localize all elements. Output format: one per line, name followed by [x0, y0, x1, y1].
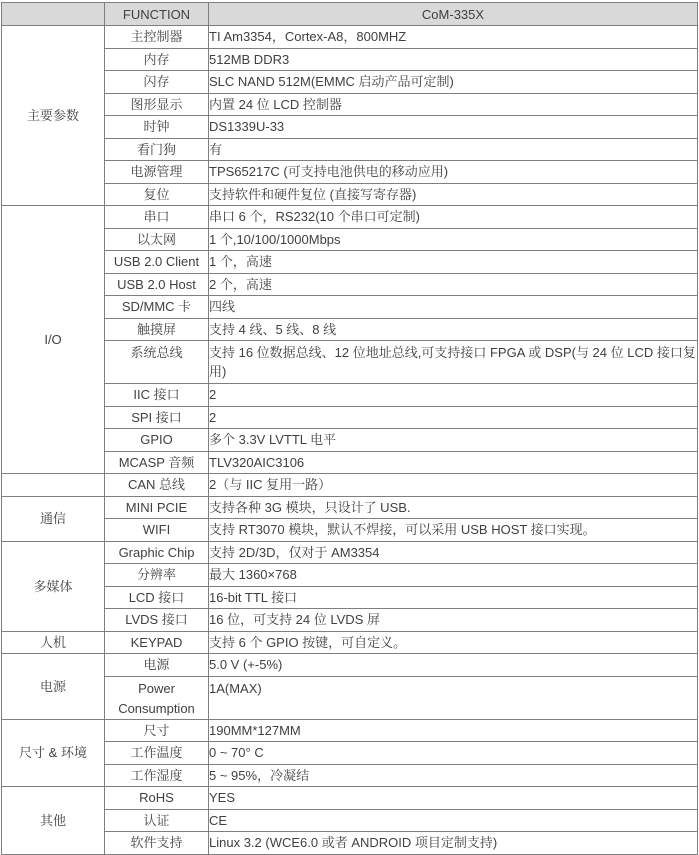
function-cell: SPI 接口 [105, 406, 209, 429]
table-row: 分辨率最大 1360×768 [2, 564, 698, 587]
table-row: 尺寸 & 环境尺寸190MM*127MM [2, 719, 698, 742]
function-cell: 工作温度 [105, 742, 209, 765]
function-cell: 分辨率 [105, 564, 209, 587]
function-cell: KEYPAD [105, 631, 209, 654]
function-cell: USB 2.0 Client [105, 251, 209, 274]
table-row: SD/MMC 卡四线 [2, 296, 698, 319]
function-cell: IIC 接口 [105, 384, 209, 407]
table-row: IIC 接口2 [2, 384, 698, 407]
value-cell: 最大 1360×768 [209, 564, 698, 587]
value-cell: Linux 3.2 (WCE6.0 或者 ANDROID 项目定制支持) [209, 832, 698, 855]
value-cell: 有 [209, 138, 698, 161]
value-cell: 支持 16 位数据总线、12 位地址总线,可支持接口 FPGA 或 DSP(与 … [209, 341, 698, 384]
table-row: 图形显示内置 24 位 LCD 控制器 [2, 93, 698, 116]
function-cell: CAN 总线 [105, 474, 209, 497]
value-cell: TI Am3354，Cortex-A8，800MHZ [209, 26, 698, 49]
value-cell: 支持 6 个 GPIO 按键，可自定义。 [209, 631, 698, 654]
table-row: MCASP 音频TLV320AIC3106 [2, 451, 698, 474]
table-row: 内存512MB DDR3 [2, 48, 698, 71]
value-cell: 16-bit TTL 接口 [209, 586, 698, 609]
value-cell: 2 [209, 384, 698, 407]
table-row: USB 2.0 Client1 个，高速 [2, 251, 698, 274]
value-cell: 多个 3.3V LVTTL 电平 [209, 429, 698, 452]
table-row: SPI 接口2 [2, 406, 698, 429]
header-model-cell: CoM-335X [209, 3, 698, 26]
table-row: 系统总线支持 16 位数据总线、12 位地址总线,可支持接口 FPGA 或 DS… [2, 341, 698, 384]
function-cell: USB 2.0 Host [105, 273, 209, 296]
value-cell: 0 ~ 70° C [209, 742, 698, 765]
table-row: 复位支持软件和硬件复位 (直接写寄存器) [2, 183, 698, 206]
table-row: 触摸屏支持 4 线、5 线、8 线 [2, 318, 698, 341]
function-cell: Graphic Chip [105, 541, 209, 564]
table-row: USB 2.0 Host2 个，高速 [2, 273, 698, 296]
category-cell: 电源 [2, 654, 105, 720]
function-cell: 认证 [105, 809, 209, 832]
spec-table: FUNCTION CoM-335X 主要参数主控制器TI Am3354，Cort… [1, 2, 698, 855]
category-cell: 主要参数 [2, 26, 105, 206]
table-row: 以太网1 个,10/100/1000Mbps [2, 228, 698, 251]
function-cell: 闪存 [105, 71, 209, 94]
table-row: I/O串口串口 6 个，RS232(10 个串口可定制) [2, 206, 698, 229]
value-cell: 1 个,10/100/1000Mbps [209, 228, 698, 251]
function-cell: SD/MMC 卡 [105, 296, 209, 319]
value-cell: 支持 RT3070 模块，默认不焊接，可以采用 USB HOST 接口实现。 [209, 519, 698, 542]
function-cell: 串口 [105, 206, 209, 229]
table-row: 认证CE [2, 809, 698, 832]
category-cell: 其他 [2, 787, 105, 855]
table-row: LCD 接口16-bit TTL 接口 [2, 586, 698, 609]
category-cell: 通信 [2, 496, 105, 541]
function-cell: 系统总线 [105, 341, 209, 384]
function-cell: WIFI [105, 519, 209, 542]
header-empty-cell [2, 3, 105, 26]
function-cell: GPIO [105, 429, 209, 452]
function-cell: 尺寸 [105, 719, 209, 742]
function-cell: RoHS [105, 787, 209, 810]
function-cell: 软件支持 [105, 832, 209, 855]
value-cell: 支持各种 3G 模块，只设计了 USB. [209, 496, 698, 519]
value-cell: 5.0 V (+-5%) [209, 654, 698, 677]
table-row: 闪存SLC NAND 512M(EMMC 启动产品可定制) [2, 71, 698, 94]
function-cell: 图形显示 [105, 93, 209, 116]
table-row: 通信MINI PCIE支持各种 3G 模块，只设计了 USB. [2, 496, 698, 519]
value-cell: 190MM*127MM [209, 719, 698, 742]
value-cell: 2（与 IIC 复用一路） [209, 474, 698, 497]
function-cell: 内存 [105, 48, 209, 71]
value-cell: 16 位，可支持 24 位 LVDS 屏 [209, 609, 698, 632]
value-cell: 5 ~ 95%，冷凝结 [209, 764, 698, 787]
table-row: WIFI支持 RT3070 模块，默认不焊接，可以采用 USB HOST 接口实… [2, 519, 698, 542]
table-row: 软件支持Linux 3.2 (WCE6.0 或者 ANDROID 项目定制支持) [2, 832, 698, 855]
function-cell: 电源管理 [105, 161, 209, 184]
value-cell: 支持软件和硬件复位 (直接写寄存器) [209, 183, 698, 206]
category-cell: I/O [2, 206, 105, 474]
value-cell: 四线 [209, 296, 698, 319]
spec-document: FUNCTION CoM-335X 主要参数主控制器TI Am3354，Cort… [0, 0, 699, 825]
table-row: GPIO多个 3.3V LVTTL 电平 [2, 429, 698, 452]
function-cell: LVDS 接口 [105, 609, 209, 632]
table-row: 电源电源5.0 V (+-5%) [2, 654, 698, 677]
value-cell: 内置 24 位 LCD 控制器 [209, 93, 698, 116]
function-cell: 主控制器 [105, 26, 209, 49]
value-cell: 1 个，高速 [209, 251, 698, 274]
function-cell: MINI PCIE [105, 496, 209, 519]
category-cell [2, 474, 105, 497]
value-cell: CE [209, 809, 698, 832]
table-row: 其他RoHSYES [2, 787, 698, 810]
table-row: 工作温度0 ~ 70° C [2, 742, 698, 765]
table-row: 电源管理TPS65217C (可支持电池供电的移动应用) [2, 161, 698, 184]
function-cell: MCASP 音频 [105, 451, 209, 474]
table-row: 人机KEYPAD支持 6 个 GPIO 按键，可自定义。 [2, 631, 698, 654]
value-cell: 串口 6 个，RS232(10 个串口可定制) [209, 206, 698, 229]
function-cell: 看门狗 [105, 138, 209, 161]
table-row: Power Consumption1A(MAX) [2, 676, 698, 719]
value-cell: 2 [209, 406, 698, 429]
function-cell: 电源 [105, 654, 209, 677]
table-row: LVDS 接口16 位，可支持 24 位 LVDS 屏 [2, 609, 698, 632]
value-cell: TPS65217C (可支持电池供电的移动应用) [209, 161, 698, 184]
category-cell: 尺寸 & 环境 [2, 719, 105, 787]
function-cell: 触摸屏 [105, 318, 209, 341]
value-cell: 支持 2D/3D，仅对于 AM3354 [209, 541, 698, 564]
table-row: CAN 总线2（与 IIC 复用一路） [2, 474, 698, 497]
value-cell: YES [209, 787, 698, 810]
header-function-cell: FUNCTION [105, 3, 209, 26]
value-cell: 1A(MAX) [209, 676, 698, 719]
function-cell: LCD 接口 [105, 586, 209, 609]
function-cell: 时钟 [105, 116, 209, 139]
function-cell: 工作湿度 [105, 764, 209, 787]
table-row: 看门狗有 [2, 138, 698, 161]
function-cell: 复位 [105, 183, 209, 206]
category-cell: 多媒体 [2, 541, 105, 631]
spec-table-body: 主要参数主控制器TI Am3354，Cortex-A8，800MHZ内存512M… [2, 26, 698, 855]
function-cell: Power Consumption [105, 676, 209, 719]
value-cell: SLC NAND 512M(EMMC 启动产品可定制) [209, 71, 698, 94]
function-cell: 以太网 [105, 228, 209, 251]
table-row: 时钟DS1339U-33 [2, 116, 698, 139]
value-cell: 支持 4 线、5 线、8 线 [209, 318, 698, 341]
table-header-row: FUNCTION CoM-335X [2, 3, 698, 26]
value-cell: 512MB DDR3 [209, 48, 698, 71]
value-cell: TLV320AIC3106 [209, 451, 698, 474]
table-row: 工作湿度5 ~ 95%，冷凝结 [2, 764, 698, 787]
value-cell: 2 个，高速 [209, 273, 698, 296]
table-row: 多媒体Graphic Chip支持 2D/3D，仅对于 AM3354 [2, 541, 698, 564]
table-row: 主要参数主控制器TI Am3354，Cortex-A8，800MHZ [2, 26, 698, 49]
value-cell: DS1339U-33 [209, 116, 698, 139]
category-cell: 人机 [2, 631, 105, 654]
